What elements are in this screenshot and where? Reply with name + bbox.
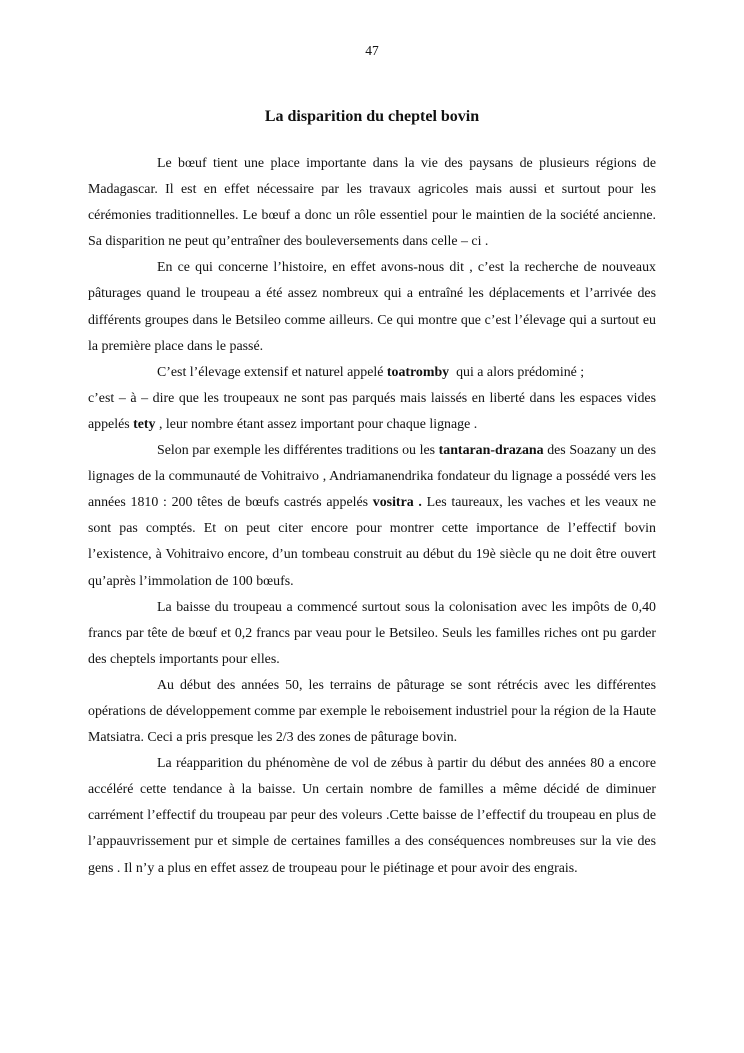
paragraph: La baisse du troupeau a commencé surtout…: [88, 595, 656, 673]
term-vositra: vositra .: [373, 495, 422, 510]
text-run: La baisse du troupeau a commencé surtout…: [88, 600, 656, 667]
paragraph: C’est l’élevage extensif et naturel appe…: [88, 360, 656, 386]
paragraph: Au début des années 50, les terrains de …: [88, 673, 656, 751]
paragraph: En ce qui concerne l’histoire, en effet …: [88, 255, 656, 359]
term-tety: tety: [133, 417, 155, 432]
section-title: La disparition du cheptel bovin: [0, 108, 744, 126]
paragraph: La réapparition du phénomène de vol de z…: [88, 751, 656, 881]
text-run: , leur nombre étant assez important pour…: [156, 417, 478, 432]
text-run: Le bœuf tient une place importante dans …: [88, 156, 656, 249]
term-tantaran-drazana: tantaran-drazana: [439, 443, 544, 458]
paragraph: Selon par exemple les différentes tradit…: [88, 438, 656, 595]
term-toatromby: toatromby: [387, 365, 449, 380]
paragraph: Le bœuf tient une place importante dans …: [88, 151, 656, 255]
text-run: qui a alors prédominé ;: [449, 365, 584, 380]
body-text: Le bœuf tient une place importante dans …: [88, 151, 656, 882]
text-run: Au début des années 50, les terrains de …: [88, 678, 656, 745]
text-run: En ce qui concerne l’histoire, en effet …: [88, 260, 656, 353]
text-run: Selon par exemple les différentes tradit…: [157, 443, 439, 458]
paragraph: c’est – à – dire que les troupeaux ne so…: [88, 386, 656, 438]
page-number: 47: [0, 43, 744, 59]
text-run: C’est l’élevage extensif et naturel appe…: [157, 365, 387, 380]
text-run: La réapparition du phénomène de vol de z…: [88, 756, 656, 875]
